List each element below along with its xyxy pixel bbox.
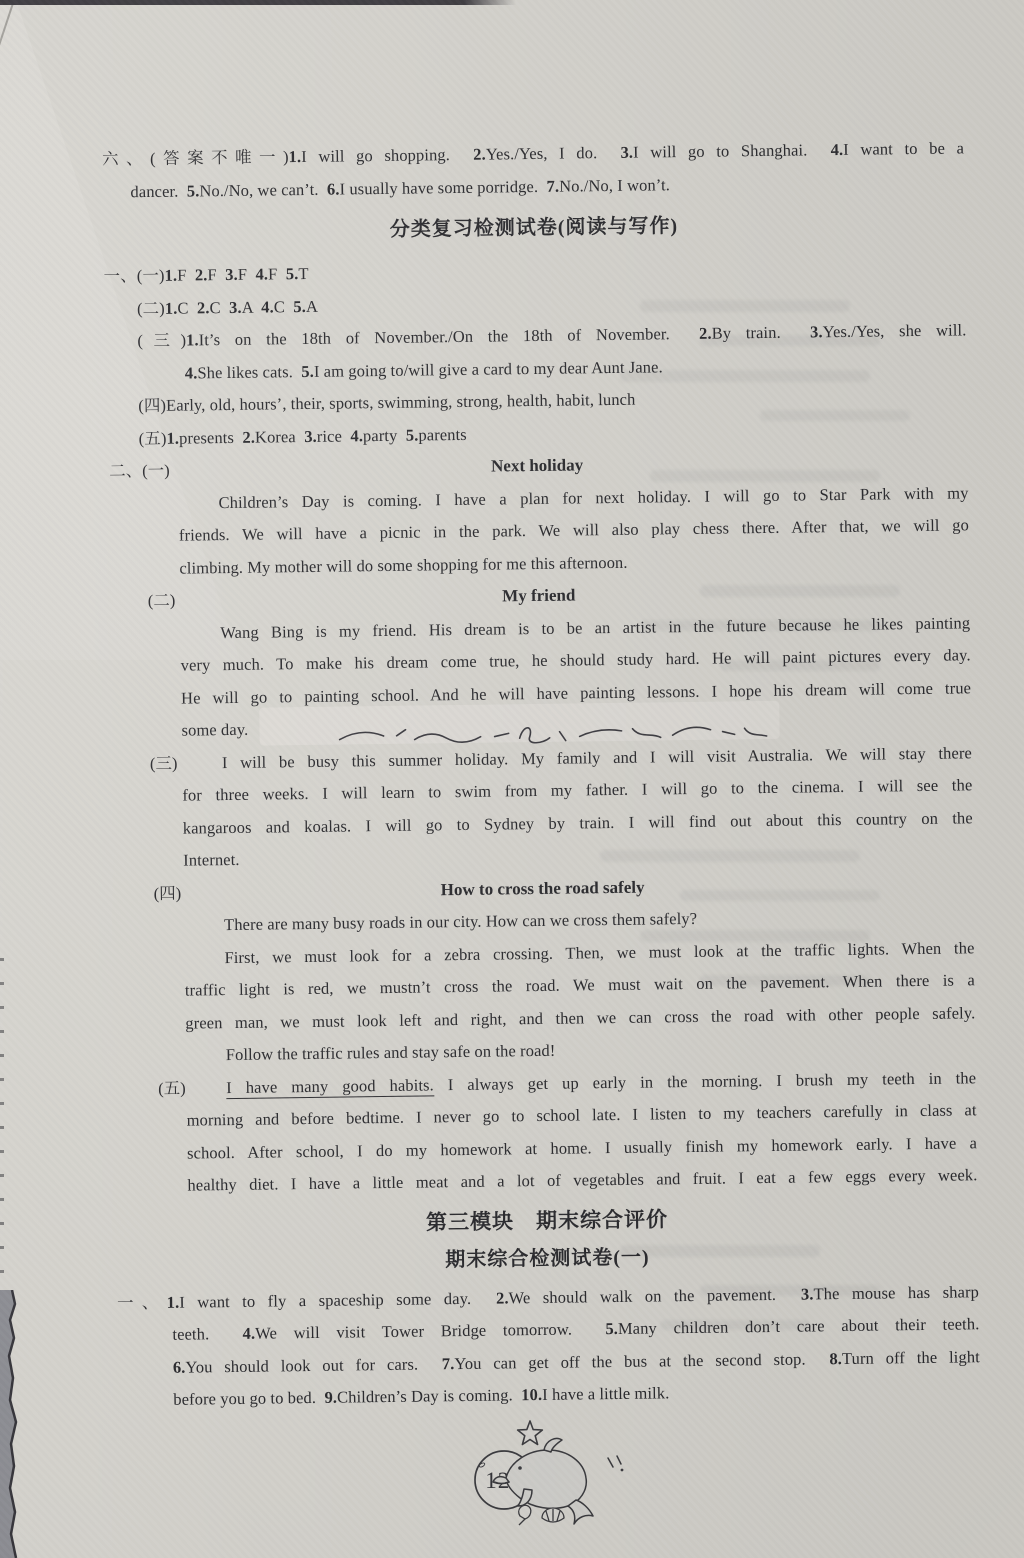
- section-label: 二、(一): [109, 455, 170, 488]
- scanned-page: 六、(答案不唯一)1.I will go shopping. 2.Yes./Ye…: [0, 0, 1024, 1558]
- torn-edge-specks: [0, 958, 4, 1292]
- section-label: (三): [150, 747, 178, 780]
- star-icon: [518, 1421, 543, 1445]
- page-footer-illustration: 128: [448, 1412, 658, 1534]
- section-label: (二): [148, 585, 176, 618]
- scallop-shell-icon: [542, 1508, 564, 1522]
- page-text-block: 六、(答案不唯一)1.I will go shopping. 2.Yes./Ye…: [100, 0, 980, 1417]
- torn-paper-edge: [0, 1290, 26, 1558]
- section-label: (五): [158, 1072, 186, 1105]
- section-label: (四): [153, 877, 181, 910]
- conch-shell-icon: [519, 1505, 531, 1525]
